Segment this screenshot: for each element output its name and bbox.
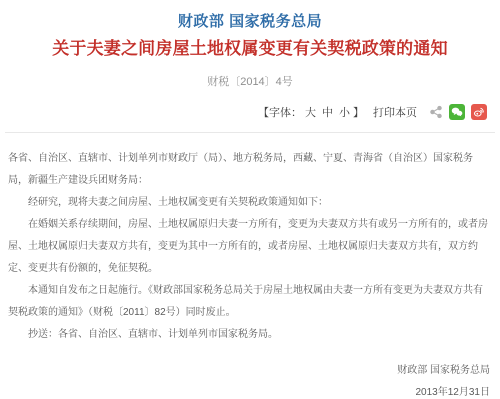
font-size-small-button[interactable]: 小 — [339, 104, 350, 120]
issuing-orgs-heading: 财政部 国家税务总局 — [0, 0, 500, 31]
wechat-icon[interactable] — [449, 104, 465, 120]
paragraph-intro: 经研究，现将夫妻之间房屋、土地权属变更有关契税政策通知如下： — [8, 192, 492, 214]
signature-issuer: 财政部 国家税务总局 — [0, 360, 490, 382]
font-size-label-close: 】 — [353, 104, 364, 120]
signature-block: 财政部 国家税务总局 2013年12月31日 — [0, 360, 500, 399]
paragraph-policy: 在婚姻关系存续期间，房屋、土地权属原归夫妻一方所有，变更为夫妻双方共有或另一方所… — [8, 214, 492, 280]
paragraph-effective-date: 本通知自发布之日起施行。《财政部国家税务总局关于房屋土地权属由夫妻一方所有变更为… — [8, 280, 492, 324]
paragraph-recipients: 各省、自治区、直辖市、计划单列市财政厅（局）、地方税务局，西藏、宁夏、青海省（自… — [8, 148, 492, 192]
document-page: 财政部 国家税务总局 关于夫妻之间房屋土地权属变更有关契税政策的通知 财税〔20… — [0, 0, 500, 399]
weibo-icon[interactable] — [471, 104, 487, 120]
print-page-button[interactable]: 打印本页 — [373, 104, 417, 120]
page-title: 关于夫妻之间房屋土地权属变更有关契税政策的通知 — [28, 38, 472, 60]
document-body: 各省、自治区、直辖市、计划单列市财政厅（局）、地方税务局，西藏、宁夏、青海省（自… — [0, 133, 500, 346]
font-size-large-button[interactable]: 大 — [305, 104, 316, 120]
font-size-label-open: 【字体： — [258, 104, 302, 120]
font-size-medium-button[interactable]: 中 — [322, 104, 333, 120]
paragraph-cc: 抄送：各省、自治区、直辖市、计划单列市国家税务局。 — [8, 324, 492, 346]
doc-number: 财税〔2014〕4号 — [0, 73, 500, 89]
toolbar: 【字体： 大 中 小 】 打印本页 — [0, 104, 487, 120]
signature-date: 2013年12月31日 — [0, 382, 490, 399]
share-nodes-icon[interactable] — [429, 105, 443, 119]
